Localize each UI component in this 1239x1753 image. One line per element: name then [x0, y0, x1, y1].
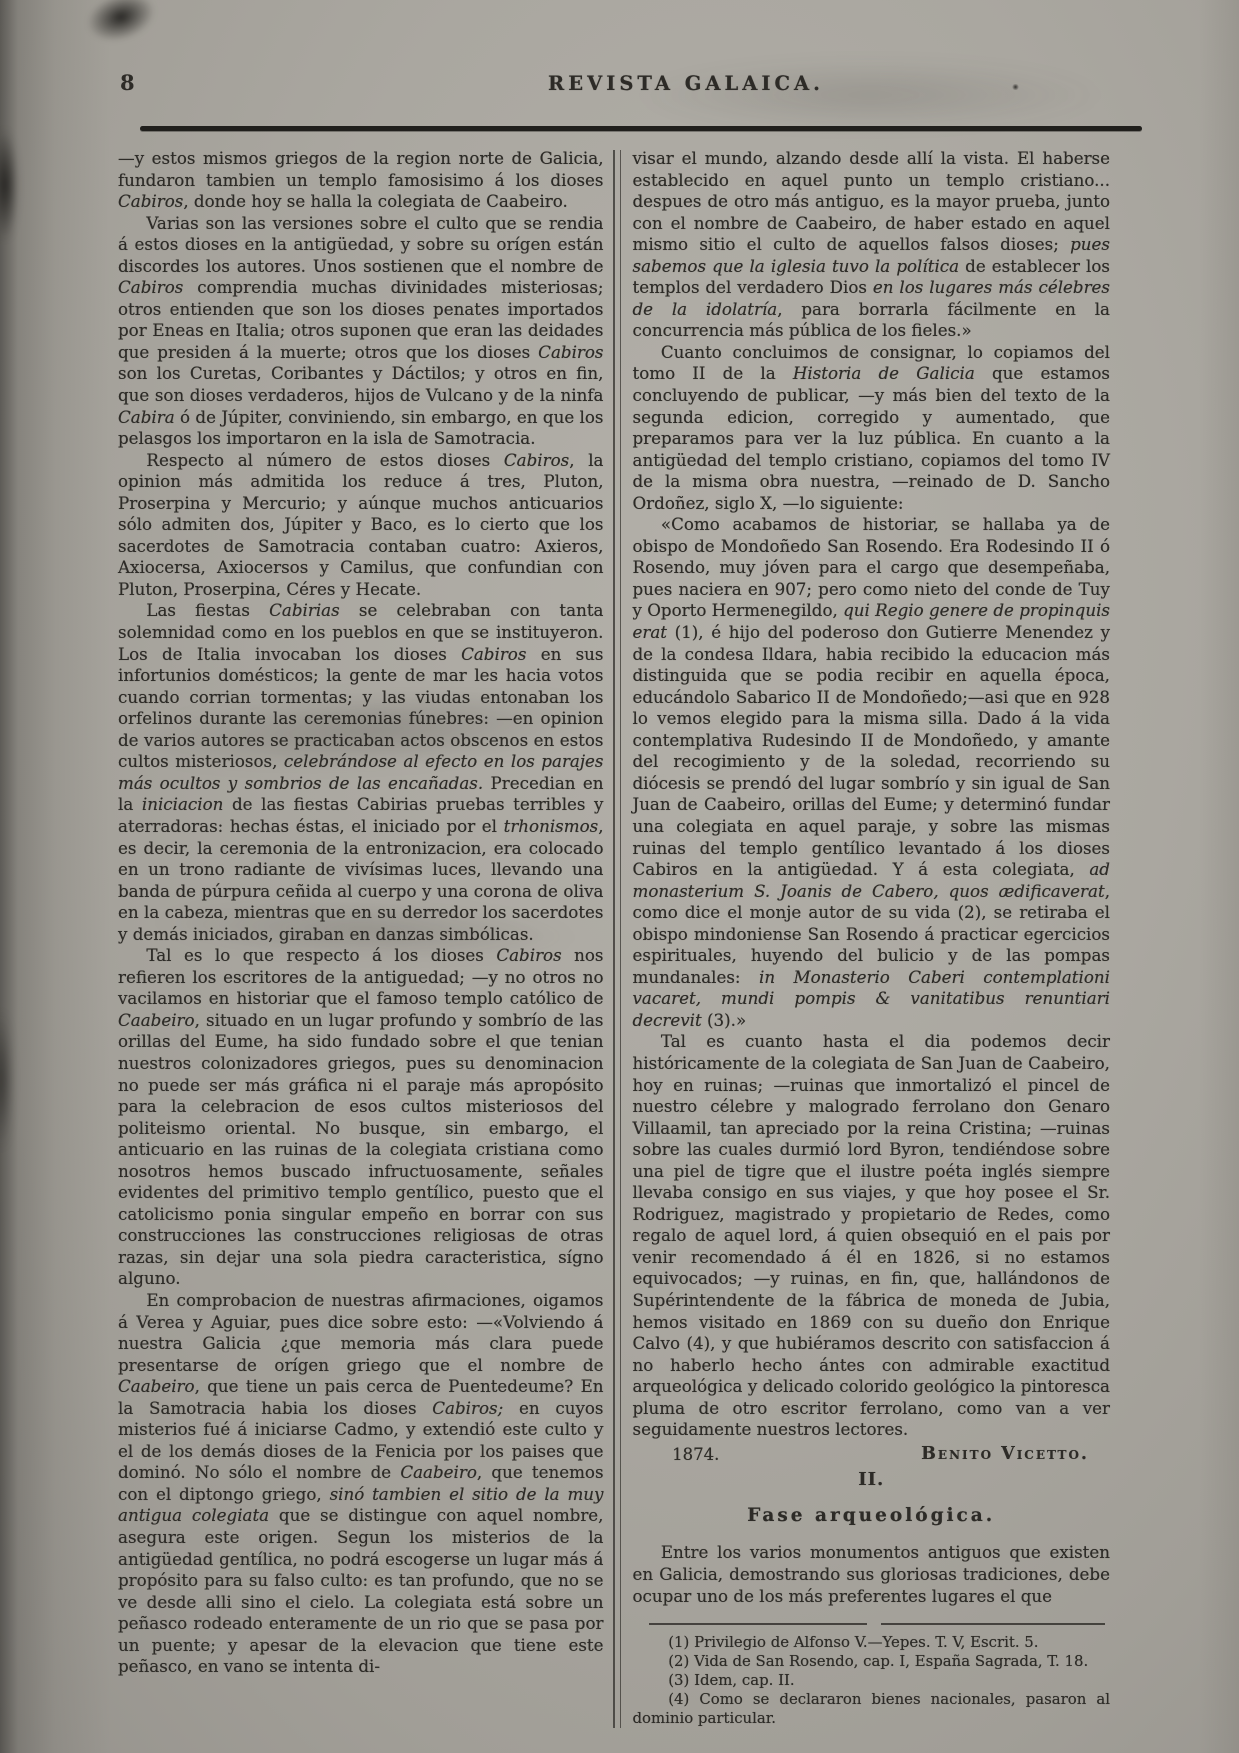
text-run: Tal es cuanto hasta el dia podemos decir… — [633, 1031, 1111, 1439]
ink-smudge — [0, 1010, 12, 1150]
text-run: que estamos concluyendo de publicar, —y … — [633, 363, 1111, 512]
ink-smudge — [81, 0, 162, 50]
text-run: Caabeiro — [118, 1376, 195, 1396]
text-run: Tal es lo que respecto á los dioses — [146, 945, 496, 965]
column-divider-rule — [613, 150, 621, 1728]
text-run: En comprobacion de nuestras afirmaciones… — [118, 1290, 604, 1375]
text-run: —y estos mismos griegos de la region nor… — [118, 148, 604, 190]
page-number: 8 — [120, 70, 136, 95]
author-signature: Benito Vicetto. — [921, 1444, 1110, 1466]
text-run: Cabiros — [118, 191, 183, 211]
section-title: Fase arqueológica. — [633, 1505, 1111, 1527]
paragraph: Tal es cuanto hasta el dia podemos decir… — [633, 1031, 1111, 1440]
right-column-text: visar el mundo, alzando desde allí la vi… — [633, 148, 1111, 1441]
text-run: Cabiros — [461, 644, 526, 664]
text-run: , la opinion más admitida los reduce á t… — [118, 450, 604, 599]
paragraph: Respecto al número de estos dioses Cabir… — [118, 450, 604, 601]
text-run: Cabiros; — [432, 1398, 503, 1418]
text-run: Historia de Galicia — [793, 363, 975, 383]
paragraph: visar el mundo, alzando desde allí la vi… — [633, 148, 1111, 342]
text-run: (1), é hijo del poderoso don Gutierre Me… — [633, 622, 1111, 879]
text-run: ó de Júpiter, conviniendo, sin embargo, … — [118, 407, 604, 449]
text-run: Cabira — [118, 407, 175, 427]
text-run: Varias son las versiones sobre el culto … — [118, 213, 604, 276]
text-run: (3).» — [702, 1010, 746, 1030]
paragraph: Las fiestas Cabirias se celebraban con t… — [118, 600, 604, 945]
paragraph: «Como acabamos de historiar, se hallaba … — [633, 514, 1111, 1031]
paragraph: Cuanto concluimos de consignar, lo copia… — [633, 342, 1111, 514]
text-run: iniciacion — [142, 794, 224, 814]
article-signature-row: 1874. Benito Vicetto. — [633, 1444, 1111, 1466]
text-run: trhonismos — [504, 816, 599, 836]
footnote-rule — [633, 1623, 1111, 1625]
text-run: Respecto al número de estos dioses — [146, 450, 504, 470]
text-run: Cabiros — [496, 945, 561, 965]
text-run: , donde hoy se halla la colegiata de Caa… — [183, 191, 567, 211]
ink-speck — [1012, 84, 1019, 90]
paragraph: En comprobacion de nuestras afirmaciones… — [118, 1290, 604, 1678]
right-column: visar el mundo, alzando desde allí la vi… — [633, 148, 1111, 1728]
footnote: (3) Idem, cap. II. — [633, 1671, 1111, 1690]
text-run: Entre los varios monumentos antiguos que… — [633, 1542, 1111, 1605]
text-run: Caabeiro — [400, 1462, 477, 1482]
text-run: comprendia muchas divinidades misteriosa… — [118, 277, 604, 362]
paragraph: —y estos mismos griegos de la region nor… — [118, 148, 604, 213]
left-column: —y estos mismos griegos de la region nor… — [118, 148, 604, 1728]
footnote: (2) Vida de San Rosendo, cap. I, España … — [633, 1652, 1111, 1671]
text-run: visar el mundo, alzando desde allí la vi… — [633, 148, 1111, 254]
section-number: II. — [633, 1469, 1111, 1491]
section-text: Entre los varios monumentos antiguos que… — [633, 1542, 1111, 1607]
paragraph: Varias son las versiones sobre el culto … — [118, 213, 604, 450]
text-run: Cabirias — [269, 600, 340, 620]
text-run: Cabiros — [538, 342, 603, 362]
header-rule — [140, 126, 1142, 131]
ink-smudge — [0, 130, 18, 240]
page-body: —y estos mismos griegos de la region nor… — [118, 148, 1110, 1728]
text-run: Cabiros — [504, 450, 569, 470]
footnotes: (1) Privilegio de Alfonso V.—Yepes. T. V… — [633, 1633, 1111, 1728]
scanned-page: 8 REVISTA GALAICA. —y estos mismos grieg… — [0, 0, 1239, 1753]
journal-title: REVISTA GALAICA. — [548, 72, 824, 95]
paragraph: Entre los varios monumentos antiguos que… — [633, 1542, 1111, 1607]
text-run: son los Curetas, Coribantes y Dáctilos; … — [118, 363, 604, 405]
text-run: Cabiros — [118, 277, 183, 297]
paragraph: Tal es lo que respecto á los dioses Cabi… — [118, 945, 604, 1290]
footnote: (1) Privilegio de Alfonso V.—Yepes. T. V… — [633, 1633, 1111, 1652]
text-run: , situado en un lugar profundo y sombrío… — [118, 1010, 604, 1289]
article-date: 1874. — [633, 1444, 720, 1466]
text-run: Las fiestas — [146, 600, 269, 620]
scan-shadow-band — [640, 60, 1100, 130]
text-run: que se distingue con aquel nombre, asegu… — [118, 1505, 604, 1676]
text-run: Caabeiro — [118, 1010, 195, 1030]
footnote: (4) Como se declararon bienes nacionales… — [633, 1690, 1111, 1728]
